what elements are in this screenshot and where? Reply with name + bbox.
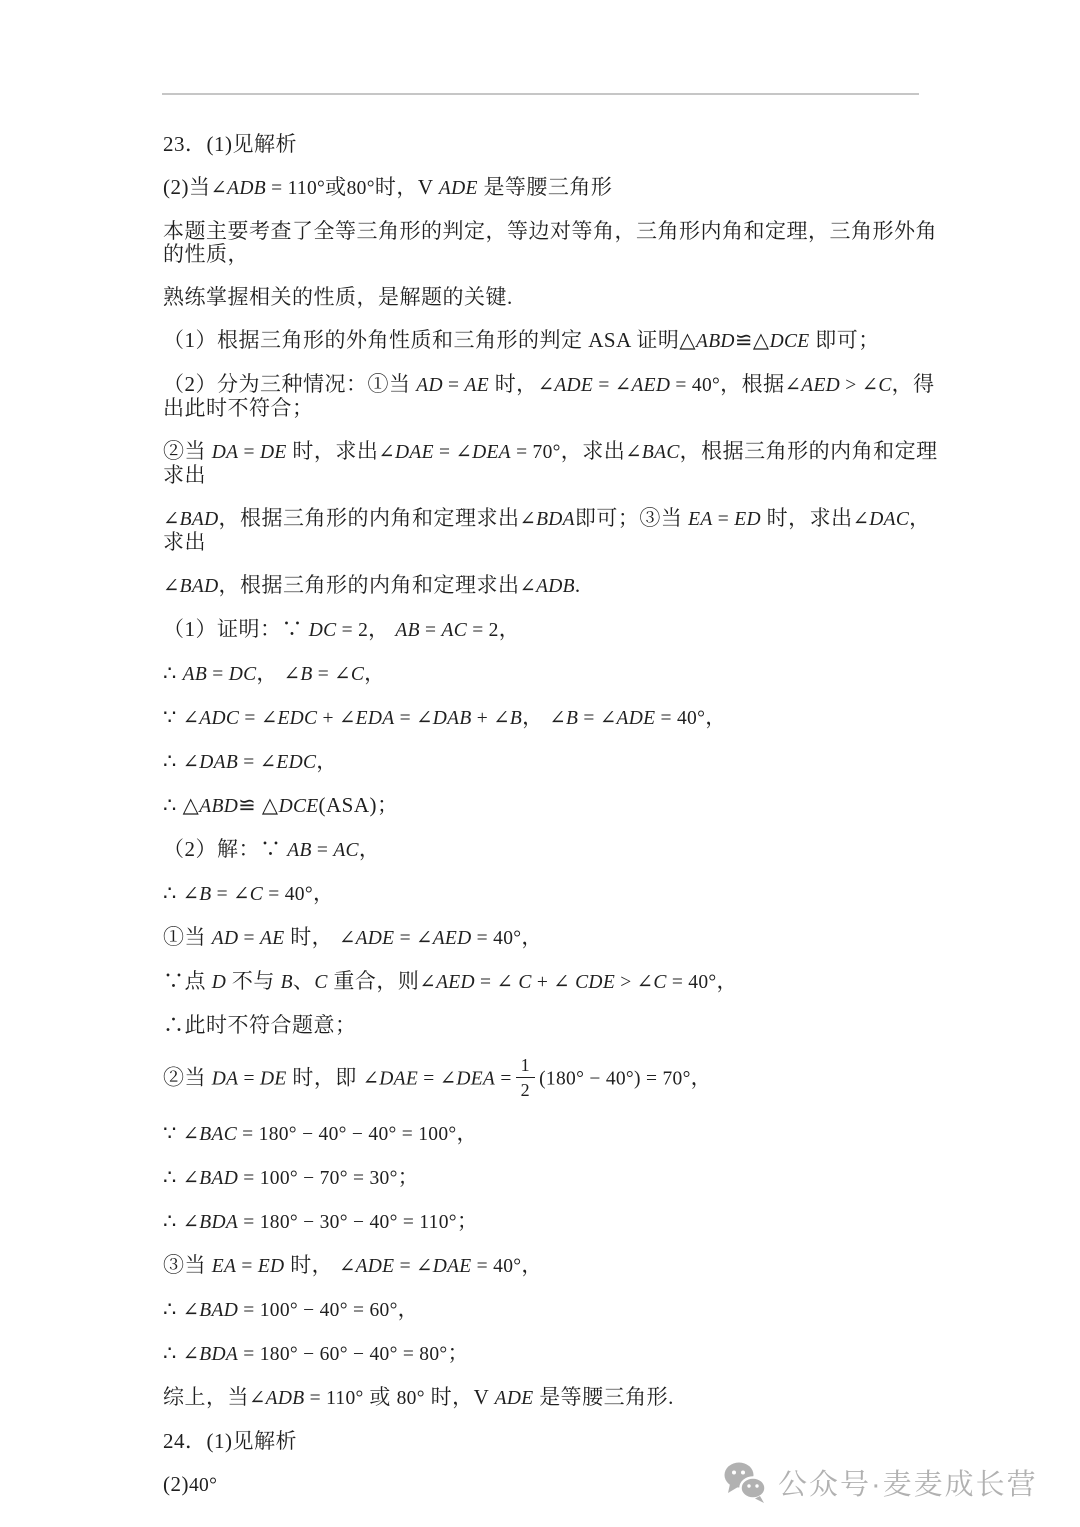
math-expression: ∠ADE = ∠AED = 40° [339, 928, 521, 949]
text-run: ， [313, 881, 335, 905]
analysis-step-2: （2）分为三种情况：①当 AD = AE 时，∠ADE = ∠AED = 40°… [163, 373, 938, 420]
math-expression: (180° − 40°) = 70° [539, 1068, 691, 1089]
math-expression: ∠BDA = 180° − 60° − 40° = 80° [183, 1344, 448, 1365]
math-expression: ∠DAE = ∠DEA = 70° [378, 442, 560, 463]
text-run: ， [499, 617, 521, 641]
proof-1-line-5: ∴ △ABD≌ △DCE(ASA)； [163, 794, 938, 818]
text-run: 时， [489, 372, 538, 396]
wechat-watermark: 公众号·麦麦成长营 [722, 1460, 1038, 1504]
math-expression: ABD [199, 796, 238, 817]
text-run: 是等腰三角形 [478, 175, 613, 199]
text-run: 时，求出 [761, 506, 853, 530]
text-run: （2）解：∵ [163, 837, 287, 861]
text-run: (ASA)； [318, 793, 398, 817]
math-expression: B [281, 972, 293, 993]
math-expression: EA = ED [212, 1256, 285, 1277]
text-run: 时，求出 [287, 439, 379, 463]
text-run: (2)当 [163, 175, 211, 199]
case-3-line-3: ∴ ∠BDA = 180° − 60° − 40° = 80°； [163, 1342, 938, 1366]
case-2-line-2: ∵ ∠BAC = 180° − 40° − 40° = 100°， [163, 1122, 938, 1146]
text-run: ≌ △ [238, 793, 279, 817]
math-expression: DA = DE [212, 442, 287, 463]
text-run: ②当 [163, 439, 212, 463]
text-run: 是等腰三角形. [533, 1385, 674, 1409]
text-run: ， [691, 1065, 713, 1089]
text-run: ， [316, 749, 338, 773]
case-1-line-2: ∵点 D 不与 B、C 重合，则∠AED = ∠ C + ∠ CDE > ∠C … [163, 970, 938, 994]
text-run: 重合，则 [328, 969, 420, 993]
math-expression: DC = 2 [309, 620, 368, 641]
text-run: 即可；③当 [575, 506, 688, 530]
math-expression: ABD [696, 331, 735, 352]
text-run: ①当 [163, 925, 212, 949]
text-run: 时， [284, 1253, 339, 1277]
math-expression: ∠DAB = ∠EDC [183, 752, 317, 773]
math-expression: ∠BDA = 180° − 30° − 40° = 110° [183, 1212, 457, 1233]
text-run: ∴ △ [163, 793, 199, 817]
text-run: ∵ [163, 1121, 183, 1145]
case-3-line-2: ∴ ∠BAD = 100° − 40° = 60°， [163, 1298, 938, 1322]
math-expression: EA = ED [688, 509, 761, 530]
text-run: ∵ [163, 705, 183, 729]
text-run: ∴此时不符合题意； [163, 1013, 357, 1037]
math-expression: 40° [189, 1475, 217, 1496]
math-expression: AB = DC [183, 664, 257, 685]
text-run: ∵点 [163, 969, 212, 993]
solve-2-line-2: ∴ ∠B = ∠C = 40°， [163, 882, 938, 906]
text-run: ， [256, 661, 283, 685]
text-run: ， [717, 969, 739, 993]
text-run: ∴ [163, 1209, 183, 1233]
text-run: ②当 [163, 1065, 212, 1089]
text-run: 即可； [809, 328, 879, 352]
text-run: (2) [163, 1472, 189, 1496]
case-1-line-1: ①当 AD = AE 时， ∠ADE = ∠AED = 40°， [163, 926, 938, 950]
text-run: ； [457, 1209, 479, 1233]
math-expression: AB = AC = 2 [395, 620, 498, 641]
math-expression: 80° [397, 1388, 425, 1409]
math-expression: ∠B = ∠ADE = 40° [549, 708, 705, 729]
math-expression: AD = AE [212, 928, 285, 949]
fraction: 12 [516, 1055, 536, 1100]
text-run: ，根据三角形的内角和定理求出 [218, 506, 519, 530]
text-run: 24．(1)见解析 [163, 1429, 297, 1453]
case-3-line-1: ③当 EA = ED 时， ∠ADE = ∠DAE = 40°， [163, 1254, 938, 1278]
solve-2-line-1: （2）解：∵ AB = AC， [163, 838, 938, 862]
analysis-step-1: （1）根据三角形的外角性质和三角形的判定 ASA 证明△ABD≌△DCE 即可； [163, 329, 938, 353]
analysis-intro-2: 熟练掌握相关的性质，是解题的关键. [163, 286, 938, 309]
math-expression: C [314, 972, 327, 993]
math-expression: ∠DAC [853, 509, 910, 530]
math-expression: ∠BAD [163, 576, 218, 597]
conclusion: 综上，当∠ADB = 110° 或 80° 时，V ADE 是等腰三角形. [163, 1386, 938, 1410]
math-expression: DCE [279, 796, 319, 817]
case-2-line-1: ②当 DA = DE 时，即 ∠DAE = ∠DEA =12(180° − 40… [163, 1057, 938, 1102]
text-run: 本题主要考查了全等三角形的判定，等边对等角，三角形内角和定理，三角形外角的性质， [163, 219, 937, 266]
text-run: ， [522, 705, 549, 729]
math-expression: ∠BAD = 100° − 70° = 30° [183, 1168, 398, 1189]
proof-1-line-2: ∴ AB = DC， ∠B = ∠C， [163, 662, 938, 686]
math-expression: AB = AC [287, 840, 359, 861]
math-expression: ∠ADB [519, 576, 574, 597]
text-run: 时，V [375, 175, 439, 199]
text-run: . [575, 573, 581, 597]
text-run: ， [521, 925, 543, 949]
text-run: ， [705, 705, 727, 729]
math-expression: ∠BDA [519, 509, 574, 530]
math-expression: ∠B = ∠C = 40° [183, 884, 313, 905]
math-expression: DCE [770, 331, 810, 352]
text-run: ，求出 [561, 439, 626, 463]
answer-sheet-body: 23．(1)见解析(2)当∠ADB = 110°或80°时，V ADE 是等腰三… [163, 133, 938, 1517]
text-run: 时，即 [287, 1065, 363, 1089]
math-expression: ∠ADC = ∠EDC + ∠EDA = ∠DAB + ∠B [183, 708, 522, 729]
text-run: ∴ [163, 881, 183, 905]
proof-1-line-1: （1）证明：∵ DC = 2， AB = AC = 2， [163, 618, 938, 642]
case-2-line-4: ∴ ∠BDA = 180° − 30° − 40° = 110°； [163, 1210, 938, 1234]
document-page: 23．(1)见解析(2)当∠ADB = 110°或80°时，V ADE 是等腰三… [0, 0, 1080, 1527]
text-run: 时， [284, 925, 339, 949]
case-2-line-3: ∴ ∠BAD = 100° − 70° = 30°； [163, 1166, 938, 1190]
text-run: ≌△ [735, 328, 770, 352]
math-expression: D [212, 972, 226, 993]
math-expression: ADE [495, 1388, 534, 1409]
math-expression: AD = AE [416, 375, 489, 396]
text-run: ，根据 [720, 372, 785, 396]
text-run: 不与 [226, 969, 281, 993]
case-1-line-3: ∴此时不符合题意； [163, 1014, 938, 1037]
text-run: （1）根据三角形的外角性质和三角形的判定 ASA 证明△ [163, 328, 696, 352]
analysis-step-4: ∠BAD，根据三角形的内角和定理求出∠BDA即可；③当 EA = ED 时，求出… [163, 507, 938, 554]
analysis-step-5: ∠BAD，根据三角形的内角和定理求出∠ADB. [163, 574, 938, 598]
text-run: ； [398, 1165, 420, 1189]
math-expression: DA = DE [212, 1068, 287, 1089]
text-run: ∴ [163, 1341, 183, 1365]
analysis-intro-1: 本题主要考查了全等三角形的判定，等边对等角，三角形内角和定理，三角形外角的性质， [163, 220, 938, 266]
text-run: ， [398, 1297, 420, 1321]
text-run: ∴ [163, 661, 183, 685]
answer-23-part2: (2)当∠ADB = 110°或80°时，V ADE 是等腰三角形 [163, 176, 938, 200]
proof-1-line-3: ∵ ∠ADC = ∠EDC + ∠EDA = ∠DAB + ∠B， ∠B = ∠… [163, 706, 938, 730]
answer-23-part1: 23．(1)见解析 [163, 133, 938, 156]
answer-24-part1: 24．(1)见解析 [163, 1430, 938, 1453]
math-expression: ∠DAE = ∠DEA = [363, 1068, 512, 1089]
text-run: 、 [293, 969, 315, 993]
math-expression: ∠BAC = 180° − 40° − 40° = 100° [183, 1124, 457, 1145]
text-run: 或 [325, 175, 347, 199]
math-expression: ∠AED > ∠C [785, 375, 892, 396]
text-run: 综上，当 [163, 1385, 249, 1409]
text-run: ，根据三角形的内角和定理求出 [218, 573, 519, 597]
math-expression: ∠BAC [625, 442, 679, 463]
text-run: ∴ [163, 1165, 183, 1189]
top-divider [162, 93, 919, 95]
math-expression: ∠ADE = ∠DAE = 40° [339, 1256, 521, 1277]
wechat-icon [722, 1460, 768, 1504]
wechat-account-label: 公众号·麦麦成长营 [778, 1462, 1038, 1503]
math-expression: ∠ADB = 110° [249, 1388, 364, 1409]
text-run: ， [359, 837, 381, 861]
analysis-step-3: ②当 DA = DE 时，求出∠DAE = ∠DEA = 70°，求出∠BAC，… [163, 440, 938, 487]
math-expression: ∠B = ∠C [284, 664, 364, 685]
text-run: 时，V [425, 1385, 495, 1409]
text-run: （1）证明：∵ [163, 617, 309, 641]
math-expression: ∠BAD [163, 509, 218, 530]
math-expression: ∠ADB = 110° [211, 178, 326, 199]
math-expression: ∠BAD = 100° − 40° = 60° [183, 1300, 398, 1321]
text-run: ， [368, 617, 395, 641]
math-expression: ADE [439, 178, 478, 199]
text-run: ∴ [163, 1297, 183, 1321]
math-expression: ∠ADE = ∠AED = 40° [538, 375, 720, 396]
math-expression: 80° [347, 178, 375, 199]
text-run: 熟练掌握相关的性质，是解题的关键. [163, 285, 513, 309]
text-run: ， [364, 661, 386, 685]
text-run: （2）分为三种情况：①当 [163, 372, 416, 396]
text-run: ； [448, 1341, 470, 1365]
text-run: 或 [364, 1385, 397, 1409]
math-expression: ∠AED = ∠ C + ∠ CDE > ∠C = 40° [419, 972, 716, 993]
proof-1-line-4: ∴ ∠DAB = ∠EDC， [163, 750, 938, 774]
text-run: 23．(1)见解析 [163, 132, 297, 156]
text-run: ， [456, 1121, 478, 1145]
text-run: ③当 [163, 1253, 212, 1277]
text-run: ， [521, 1253, 543, 1277]
text-run: ∴ [163, 749, 183, 773]
